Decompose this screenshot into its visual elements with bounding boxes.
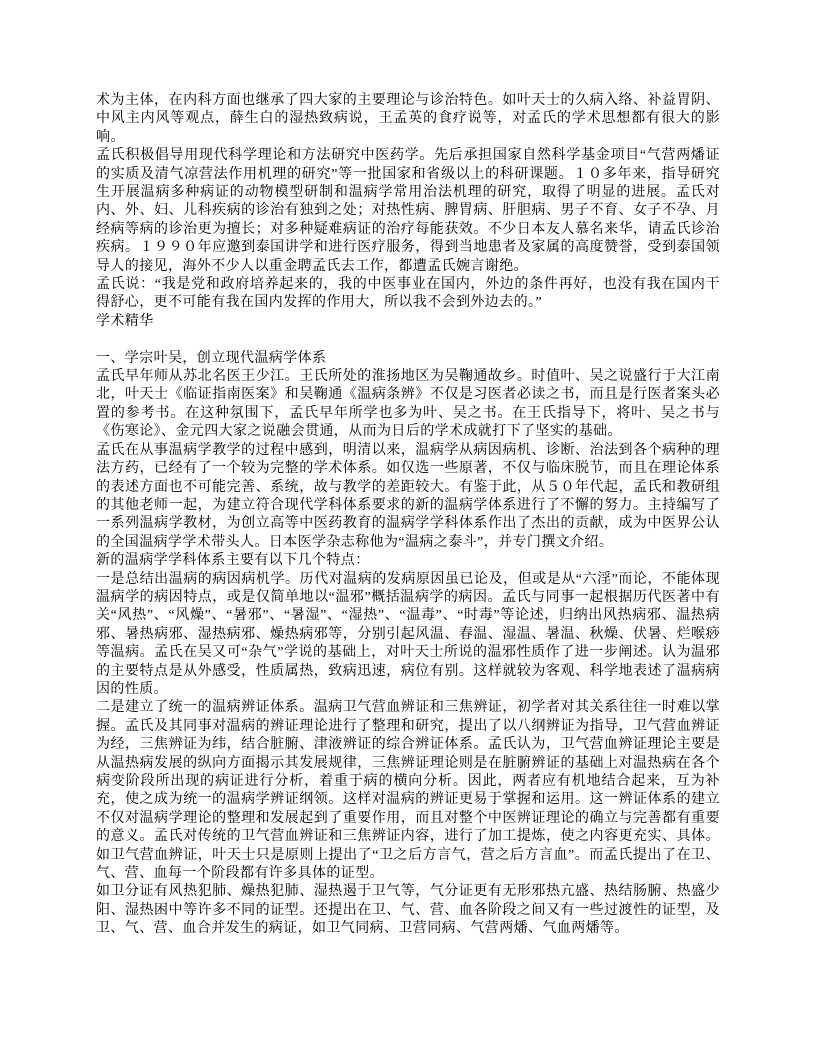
para-syndrome-examples: 如卫分证有风热犯肺、燥热犯肺、湿热遏于卫气等，气分证更有无形邪热亢盛、热结肠腑、… — [96, 883, 720, 938]
document-page: 术为主体，在内科方面也继承了四大家的主要理论与诊治特色。如叶天士的久病入络、补益… — [0, 0, 816, 1056]
para-inherited-theories: 术为主体，在内科方面也继承了四大家的主要理论与诊治特色。如叶天士的久病入络、补益… — [96, 92, 720, 147]
para-feature-one-etiology: 一是总结出温病的病因病机学。历代对温病的发病原因虽已论及，但或是从“六淫”而论，… — [96, 571, 720, 700]
para-teaching-textbooks: 孟氏在从事温病学教学的过程中感到，明清以来，温病学从病因病机、诊断、治法到各个病… — [96, 442, 720, 552]
heading-academic-essence: 学术精华 — [96, 313, 720, 331]
section-heading-wenbing-system: 一、学宗叶吴，创立现代温病学体系 — [96, 350, 720, 368]
para-scientific-research: 孟氏积极倡导用现代科学理论和方法研究中医药学。先后承担国家自然科学基金项目“气营… — [96, 147, 720, 276]
document-body: 术为主体，在内科方面也继承了四大家的主要理论与诊治特色。如叶天士的久病入络、补益… — [96, 92, 720, 939]
para-quote-patriotism: 孟氏说：“我是党和政府培养起来的，我的中医事业在国内，外边的条件再好，也没有我在… — [96, 276, 720, 313]
para-new-system-intro: 新的温病学学科体系主要有以下几个特点： — [96, 552, 720, 570]
blank-line — [96, 331, 720, 349]
para-feature-two-differentiation: 二是建立了统一的温病辨证体系。温病卫气营血辨证和三焦辨证，初学者对其关系往往一时… — [96, 699, 720, 883]
para-early-study: 孟氏早年师从苏北名医王少江。王氏所处的淮扬地区为吴鞠通故乡。时值叶、吴之说盛行于… — [96, 368, 720, 442]
